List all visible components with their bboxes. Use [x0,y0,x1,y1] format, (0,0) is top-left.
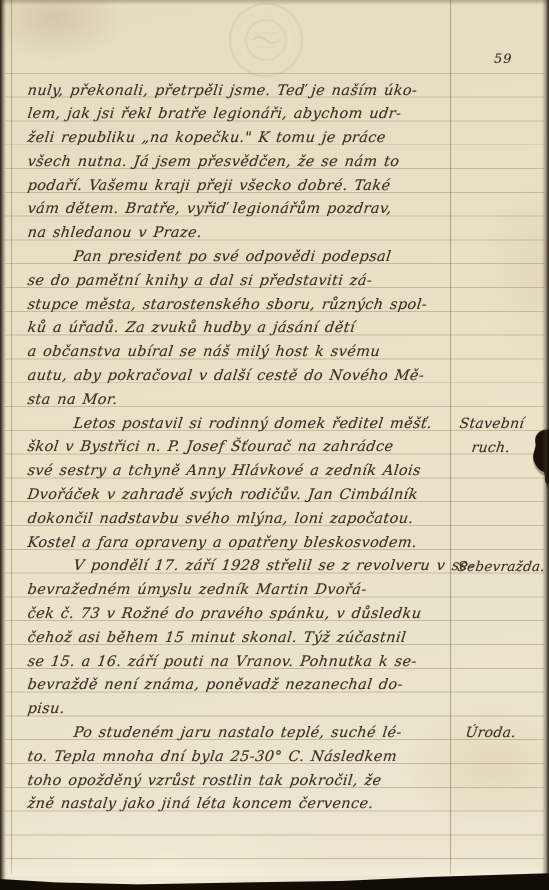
manuscript-line: se do pamětní knihy a dal si představiti… [26,270,450,294]
manuscript-line: stupce města, starostenského sboru, různ… [26,294,450,318]
page-edge-top [0,0,549,5]
margin-note: Sebevražda. [456,556,543,580]
manuscript-line: Letos postavil si rodinný domek ředitel … [26,413,450,437]
margin-note: Stavební [458,413,523,437]
manuscript-line: lem, jak jsi řekl bratře legionáři, abyc… [26,103,450,127]
manuscript-line: pisu. [26,698,450,722]
margin-note: ruch. [470,437,509,461]
manuscript-line: podaří. Vašemu kraji přeji všecko dobré.… [26,175,450,199]
manuscript-line: škol v Bystřici n. P. Josef Šťourač na z… [26,436,450,460]
manuscript-line: se 15. a 16. září pouti na Vranov. Pohnu… [26,651,450,675]
right-margin-rule [450,0,451,874]
page-number: 59 [494,52,513,67]
manuscript-line: autu, aby pokračoval v další cestě do No… [26,365,450,389]
page-edge-right [542,0,549,890]
manuscript-line: na shledanou v Praze. [26,222,450,246]
manuscript-line: vám dětem. Bratře, vyřiď legionářům pozd… [26,198,450,222]
manuscript-line: to. Tepla mnoha dní byla 25-30° C. Násle… [26,746,450,770]
manuscript-line: nuly, překonali, přetrpěli jsme. Teď je … [26,80,450,104]
margin-note: Úroda. [464,722,514,746]
manuscript-line: toho opožděný vzrůst rostlin tak pokroči… [26,770,450,794]
manuscript-line: bevraždě není známa, poněvadž nezanechal… [26,674,450,698]
manuscript-text: nuly, překonali, přetrpěli jsme. Teď je … [26,80,450,818]
left-margin-line [11,0,12,874]
manuscript-line: všech nutna. Já jsem přesvědčen, že se n… [26,151,450,175]
manuscript-line: ků a úřadů. Za zvuků hudby a jásání dětí [26,317,450,341]
page-bottom-highlight [8,862,541,876]
manuscript-line: V pondělí 17. září 1928 střelil se z rev… [26,555,450,579]
manuscript-line: želi republiku „na kopečku." K tomu je p… [26,127,450,151]
manuscript-line: Kostel a fara opraveny a opatřeny blesko… [26,532,450,556]
paper-sheet: 59 nuly, překonali, přetrpěli jsme. Teď … [0,0,549,890]
manuscript-line: žně nastaly jako jiná léta koncem červen… [26,793,450,817]
manuscript-line: své sestry a tchyně Anny Hlávkové a zedn… [26,460,450,484]
manuscript-line: Pan president po své odpovědi podepsal [26,246,450,270]
manuscript-line: Dvořáček v zahradě svých rodičův. Jan Ci… [26,484,450,508]
manuscript-line: bevražedném úmyslu zedník Martin Dvořá- [26,579,450,603]
manuscript-line: a občanstva ubíral se náš milý host k sv… [26,341,450,365]
round-stamp-icon [221,0,311,84]
manuscript-line: dokončil nadstavbu svého mlýna, loni zap… [26,508,450,532]
manuscript-line: Po studeném jaru nastalo teplé, suché lé… [26,722,450,746]
manuscript-line: ček č. 73 v Rožné do pravého spánku, v d… [26,603,450,627]
manuscript-line: čehož asi během 15 minut skonal. Týž zúč… [26,627,450,651]
page-edge-left [0,0,6,890]
manuscript-line: sta na Mor. [26,389,450,413]
